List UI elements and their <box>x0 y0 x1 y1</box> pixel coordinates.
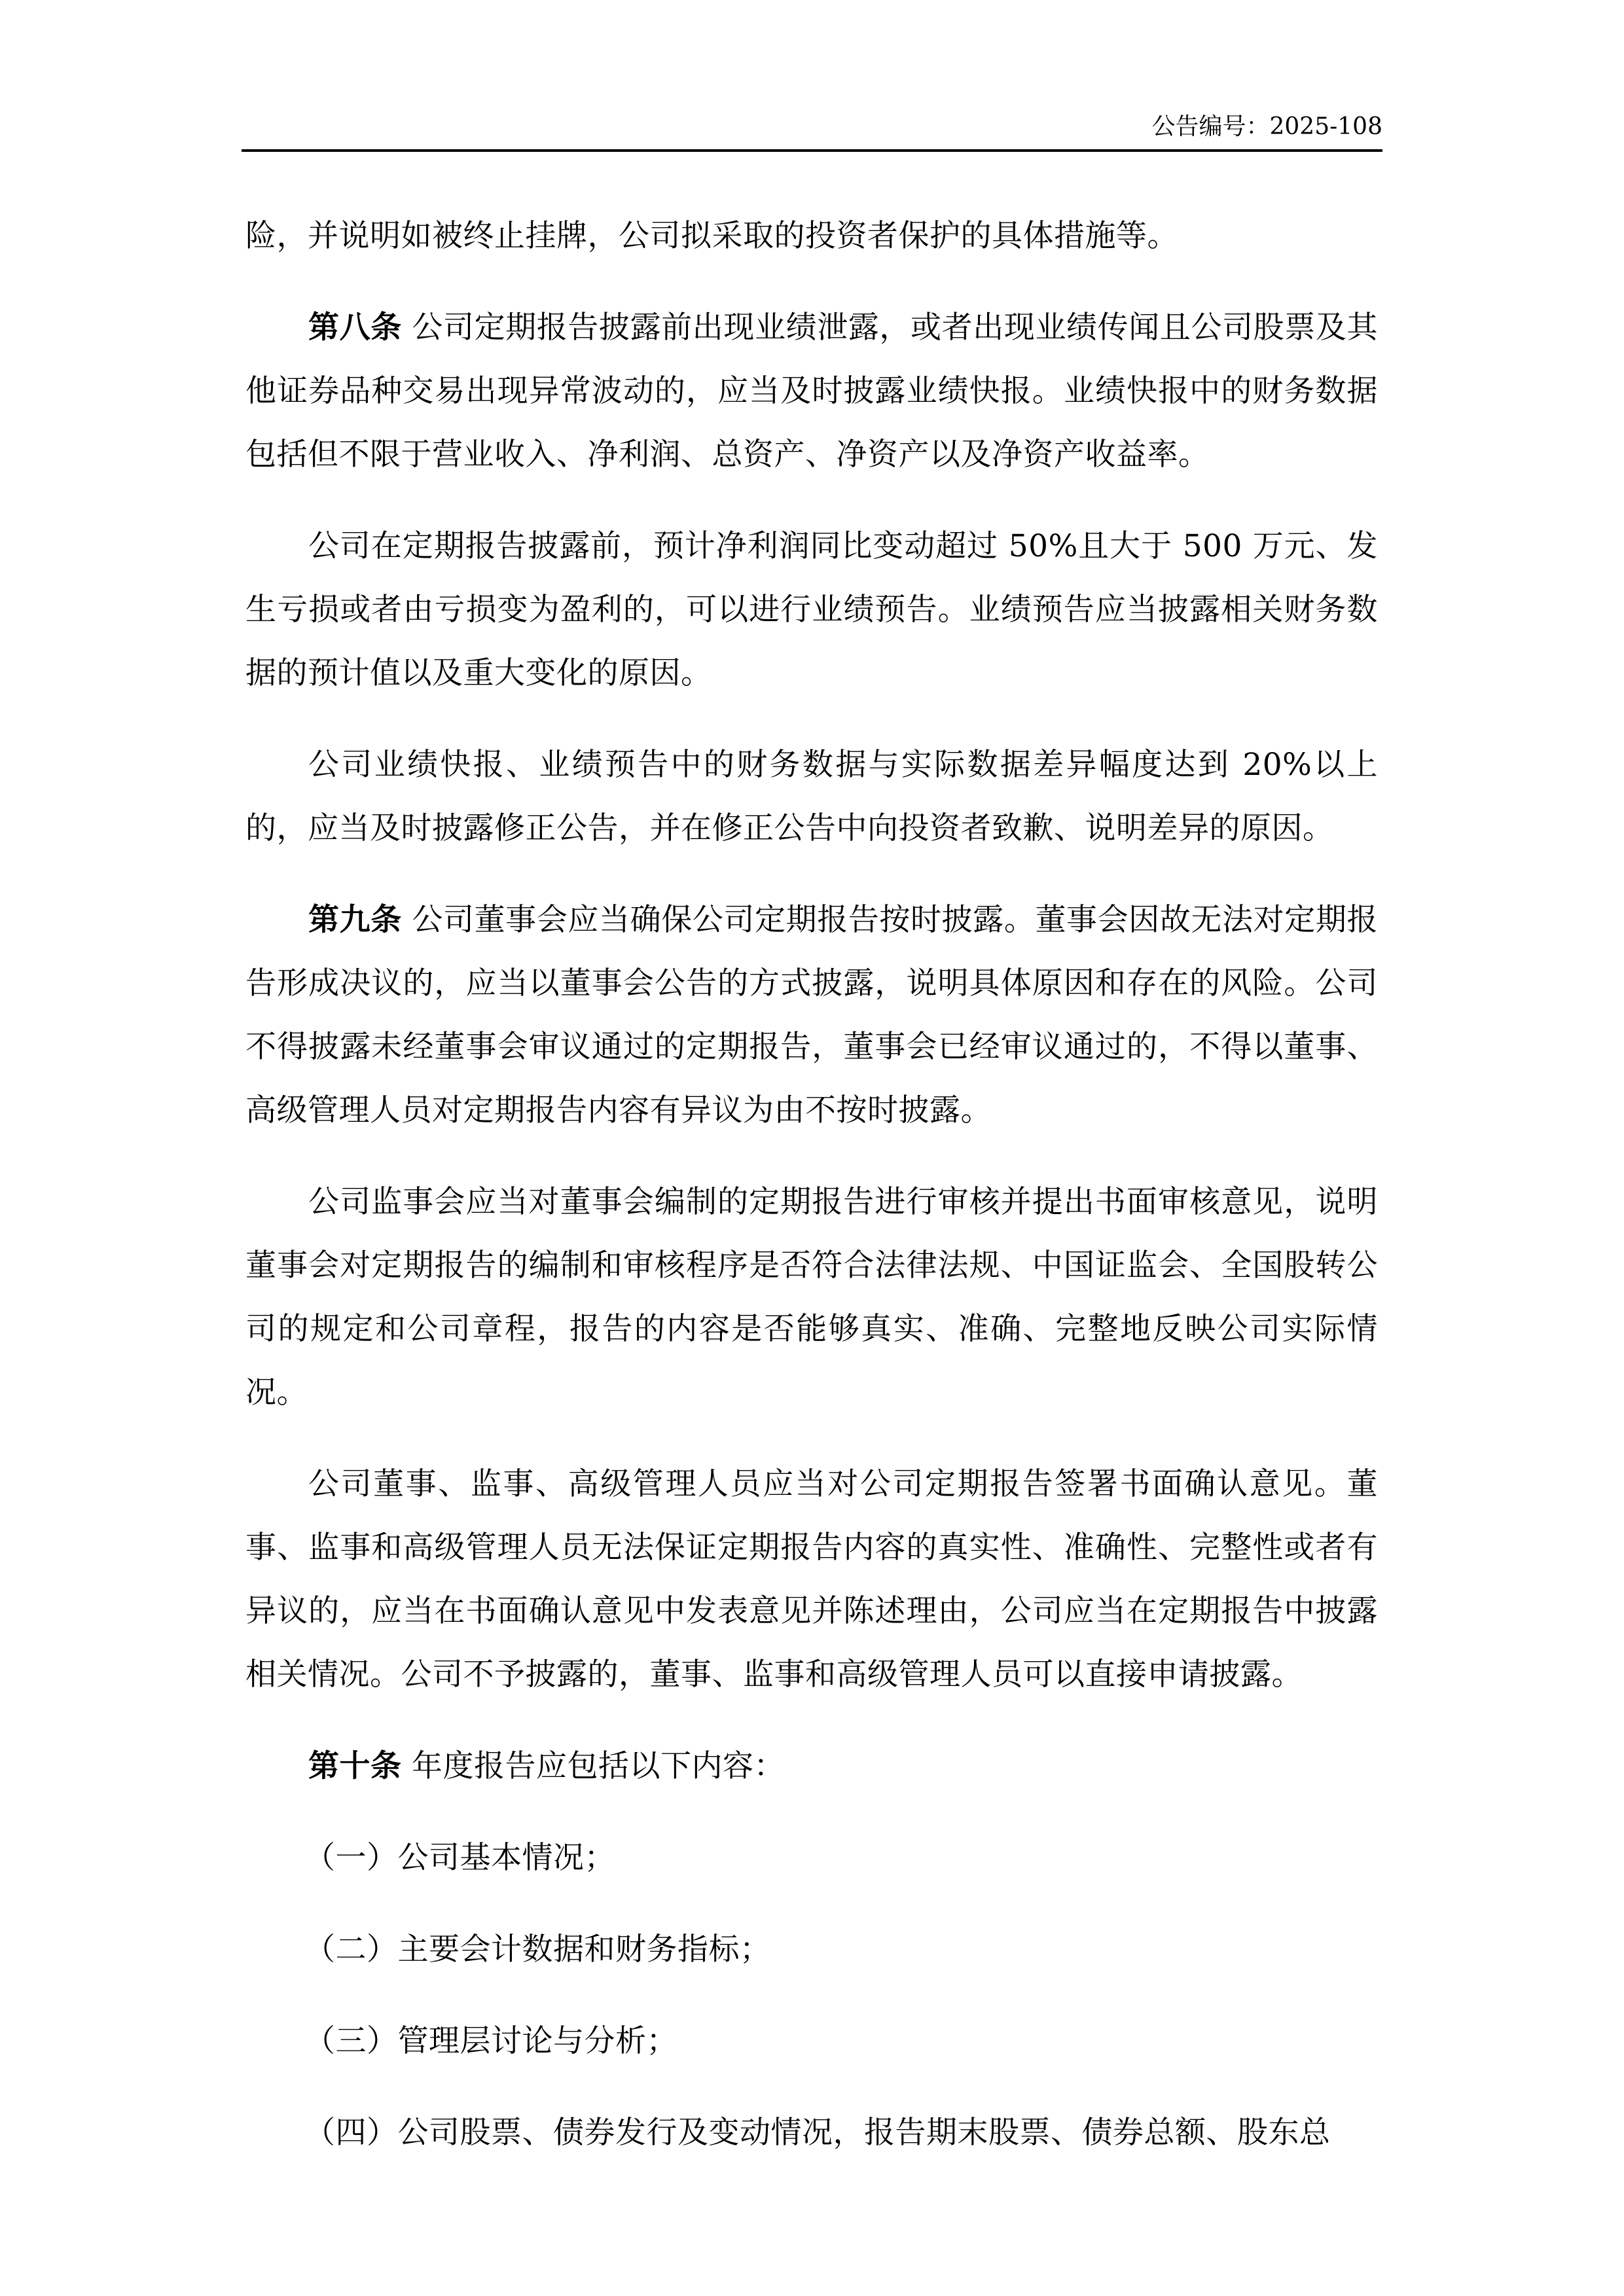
article-heading: 第九条 <box>308 902 402 938</box>
paragraph-continuation: 险，并说明如被终止挂牌，公司拟采取的投资者保护的具体措施等。 <box>245 204 1378 268</box>
announcement-number: 公告编号：2025-108 <box>1152 111 1383 143</box>
article-9: 第九条 公司董事会应当确保公司定期报告按时披露。董事会因故无法对定期报告形成决议… <box>245 888 1378 1142</box>
paragraph-text: 公司董事、监事、高级管理人员应当对公司定期报告签署书面确认意见。董事、监事和高级… <box>245 1466 1378 1693</box>
article-heading: 第八条 <box>308 310 402 346</box>
paragraph-earnings-forecast: 公司在定期报告披露前，预计净利润同比变动超过 50%且大于 500 万元、发生亏… <box>245 514 1378 705</box>
paragraph-text: 公司在定期报告披露前，预计净利润同比变动超过 50%且大于 500 万元、发生亏… <box>245 528 1378 691</box>
article-8: 第八条 公司定期报告披露前出现业绩泄露，或者出现业绩传闻且公司股票及其他证券品种… <box>245 296 1378 486</box>
list-item: （一）公司基本情况； <box>245 1826 1378 1890</box>
document-body: 险，并说明如被终止挂牌，公司拟采取的投资者保护的具体措施等。 第八条 公司定期报… <box>245 204 1378 2193</box>
list-item: （二）主要会计数据和财务指标； <box>245 1918 1378 1981</box>
header-divider <box>242 149 1382 152</box>
list-item: （三）管理层讨论与分析； <box>245 2009 1378 2073</box>
paragraph-text: 公司业绩快报、业绩预告中的财务数据与实际数据差异幅度达到 20%以上的，应当及时… <box>245 747 1378 846</box>
article-10: 第十条 年度报告应包括以下内容： <box>245 1734 1378 1798</box>
article-heading: 第十条 <box>308 1748 402 1784</box>
page-header: 公告编号：2025-108 <box>242 111 1382 152</box>
paragraph-text: 公司董事会应当确保公司定期报告按时披露。董事会因故无法对定期报告形成决议的，应当… <box>245 902 1378 1128</box>
paragraph-text: 公司监事会应当对董事会编制的定期报告进行审核并提出书面审核意见，说明董事会对定期… <box>245 1184 1378 1410</box>
paragraph-text: 险，并说明如被终止挂牌，公司拟采取的投资者保护的具体措施等。 <box>245 218 1178 254</box>
paragraph-supervisory-board: 公司监事会应当对董事会编制的定期报告进行审核并提出书面审核意见，说明董事会对定期… <box>245 1170 1378 1424</box>
list-item: （四）公司股票、债券发行及变动情况，报告期末股票、债券总额、股东总 <box>245 2101 1378 2164</box>
paragraph-correction: 公司业绩快报、业绩预告中的财务数据与实际数据差异幅度达到 20%以上的，应当及时… <box>245 733 1378 860</box>
paragraph-text: 公司定期报告披露前出现业绩泄露，或者出现业绩传闻且公司股票及其他证券品种交易出现… <box>245 310 1378 473</box>
paragraph-confirmation: 公司董事、监事、高级管理人员应当对公司定期报告签署书面确认意见。董事、监事和高级… <box>245 1452 1378 1706</box>
paragraph-text: 年度报告应包括以下内容： <box>402 1748 785 1784</box>
